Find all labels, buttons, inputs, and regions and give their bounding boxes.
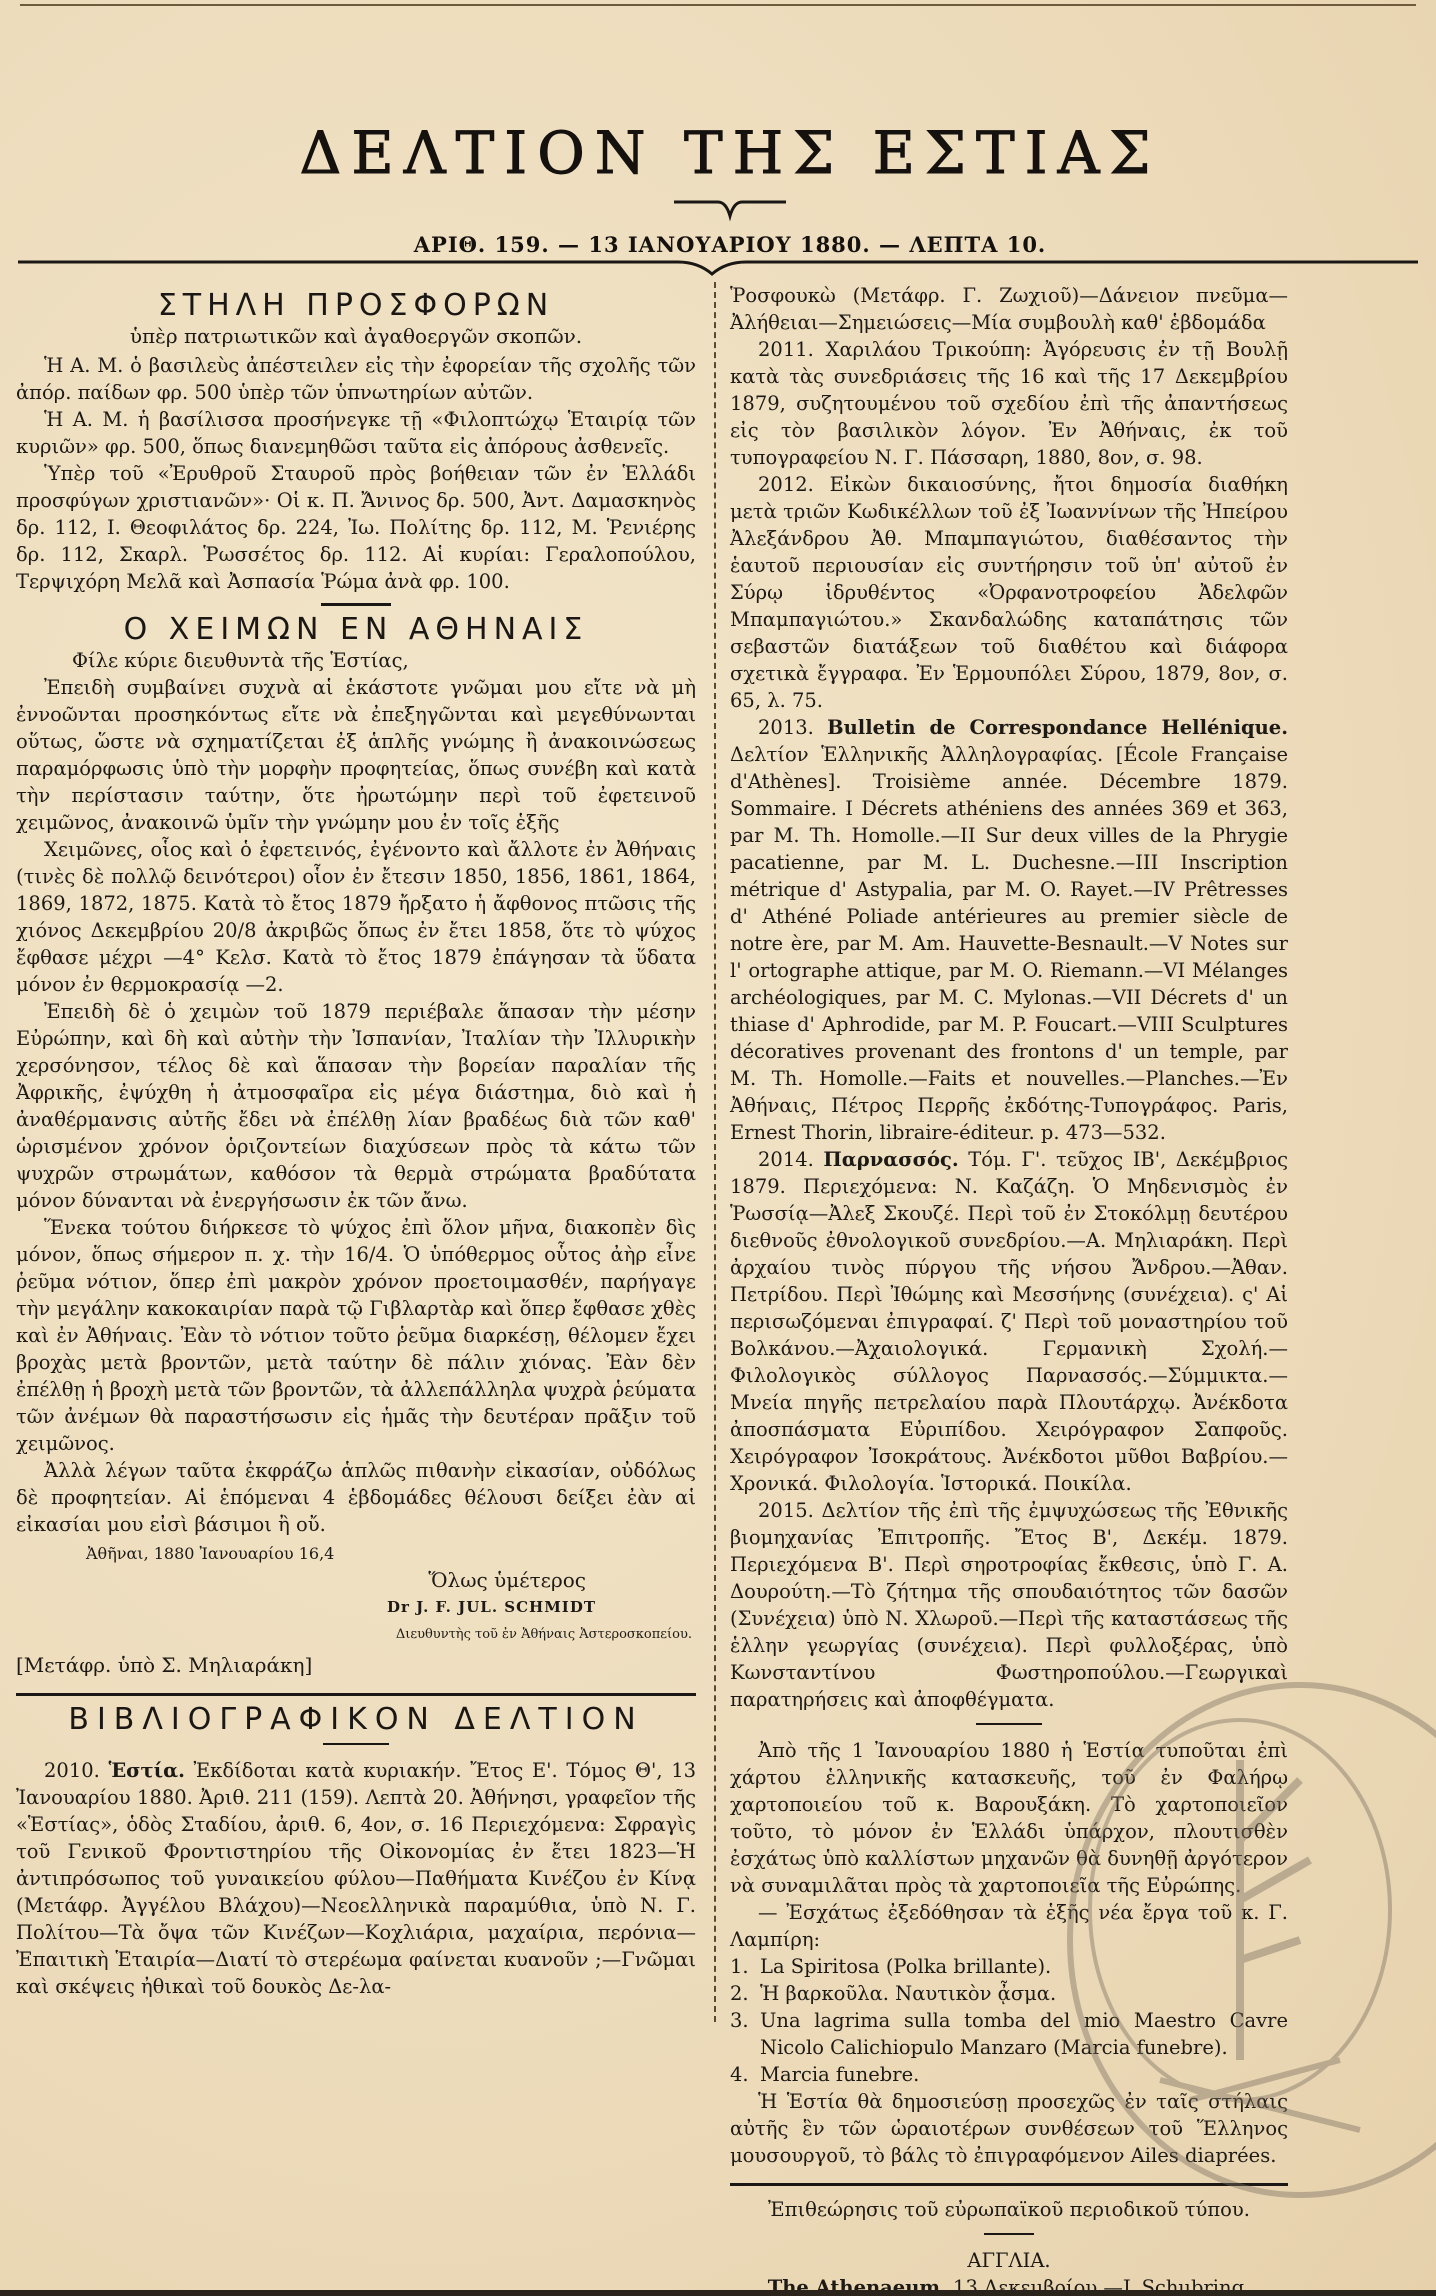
offers-section: ΣΤΗΛΗ ΠΡΟΣΦΟΡΩΝ ὑπὲρ πατριωτικῶν καὶ ἀγα…: [16, 292, 696, 595]
waltz-notice: Ἡ Ἑστία θὰ δημοσιεύσῃ προσεχῶς ἐν ταῖς σ…: [730, 2088, 1288, 2169]
entry-text: Δελτίον Ἑλληνικῆς Ἀλληλογραφίας. [École …: [730, 743, 1288, 1144]
entry-number: 2013.: [758, 716, 814, 739]
offers-paragraph: Ὑπὲρ τοῦ «Ἐρυθροῦ Σταυροῦ πρὸς βοήθειαν …: [16, 460, 696, 595]
bibliography-entry-2013: 2013. Bulletin de Correspondance Helléni…: [730, 714, 1288, 1146]
winter-paragraph: Ἕνεκα τούτου διήρκεσε τὸ ψύχος ἐπὶ ὅλον …: [16, 1214, 696, 1457]
bibliography-entry-2012: 2012. Εἰκὼν δικαιοσύνης, ἤτοι δημοσία δι…: [730, 471, 1288, 714]
paper-notice: Ἀπὸ τῆς 1 Ἰανουαρίου 1880 ἡ Ἑστία τυποῦτ…: [730, 1737, 1288, 1899]
masthead-title: ΔΕΛΤΙΟΝ ΤΗΣ ΕΣΤΙΑΣ: [150, 118, 1310, 188]
issue-line: ΑΡΙΘ. 159. — 13 ΙΑΝΟΥΑΡΙΟΥ 1880. — ΛΕΠΤΑ…: [150, 232, 1310, 257]
entry-head: Παρνασσός.: [823, 1148, 958, 1171]
right-column: Ῥοσφουκὼ (Μετάφρ. Γ. Ζωχιοῦ)—Δάνειον πνε…: [730, 282, 1288, 2296]
section-separator: [321, 603, 391, 606]
section-separator: [730, 2183, 1288, 2186]
press-review-section: Ἐπιθεώρησις τοῦ εὐρωπαϊκοῦ περιοδικοῦ τύ…: [730, 2196, 1288, 2296]
winter-title: Ο ΧΕΙΜΩΝ ΕΝ ΑΘΗΝΑΙΣ: [16, 616, 696, 643]
bottom-edge-rule: [0, 2290, 1436, 2296]
winter-article: Ο ΧΕΙΜΩΝ ΕΝ ΑΘΗΝΑΙΣ Φίλε κύριε διευθυντὰ…: [16, 616, 696, 1679]
title-underline: [984, 2233, 1034, 2235]
works-list-item: 1.La Spiritosa (Polka brillante).: [730, 1953, 1288, 1980]
entry-number: 2014.: [758, 1148, 814, 1171]
translator-credit: [Μετάφρ. ὑπὸ Σ. Μηλιαράκη]: [16, 1652, 696, 1679]
winter-paragraph: Ἀλλὰ λέγων ταῦτα ἐκφράζω ἁπλῶς πιθανὴν ε…: [16, 1457, 696, 1538]
winter-paragraph: Ἐπειδὴ δὲ ὁ χειμὼν τοῦ 1879 περιέβαλε ἅπ…: [16, 998, 696, 1214]
winter-paragraph: Χειμῶνες, οἷος καὶ ὁ ἐφετεινός, ἐγένοντο…: [16, 836, 696, 998]
letter-author-role: Διευθυντὴς τοῦ ἐν Ἀθήναις Ἀστεροσκοπείου…: [16, 1621, 696, 1648]
offers-title: ΣΤΗΛΗ ΠΡΟΣΦΟΡΩΝ: [16, 292, 696, 319]
title-underline: [323, 1743, 389, 1745]
left-column: ΣΤΗΛΗ ΠΡΟΣΦΟΡΩΝ ὑπὲρ πατριωτικῶν καὶ ἀγα…: [16, 282, 696, 2000]
letter-date: Ἀθῆναι, 1880 Ἰανουαρίου 16,4: [16, 1540, 696, 1567]
offers-paragraph: Ἡ Α. Μ. ἡ βασίλισσα προσήνεγκε τῇ «Φιλοπ…: [16, 406, 696, 460]
works-list-item: 3.Una lagrima sulla tomba del mio Maestr…: [730, 2007, 1288, 2061]
works-list-item: 2.Ἡ βαρκοῦλα. Ναυτικὸν ᾆσμα.: [730, 1980, 1288, 2007]
flourish-ornament-icon: [670, 194, 790, 224]
section-separator: [976, 1723, 1042, 1725]
bibliography-section: ΒΙΒΛΙΟΓΡΑΦΙΚΟΝ ΔΕΛΤΙΟΝ 2010. Ἑστία. Ἐκδί…: [16, 1706, 696, 2000]
press-review-title: Ἐπιθεώρησις τοῦ εὐρωπαϊκοῦ περιοδικοῦ τύ…: [730, 2196, 1288, 2223]
works-list-item: 4.Marcia funebre.: [730, 2061, 1288, 2088]
column-divider: [714, 282, 716, 2022]
entry-text: Τόμ. Γ'. τεῦχος ΙΒ', Δεκέμβριος 1879. Πε…: [730, 1148, 1288, 1495]
entry-head: Ἑστία.: [108, 1759, 184, 1782]
bibliography-entry-2015: 2015. Δελτίον τῆς ἐπὶ τῆς ἐμψυχώσεως τῆς…: [730, 1497, 1288, 1713]
bibliography-entry-2010: 2010. Ἑστία. Ἐκδίδοται κατὰ κυριακήν. Ἔτ…: [16, 1757, 696, 2000]
letter-signature: Dr J. F. JUL. SCHMIDT: [16, 1594, 696, 1621]
section-separator: [16, 1693, 696, 1696]
offers-subtitle: ὑπὲρ πατριωτικῶν καὶ ἀγαθοεργῶν σκοπῶν.: [16, 323, 696, 350]
entry-text: Ἐκδίδοται κατὰ κυριακήν. Ἔτος Ε'. Τόμος …: [16, 1759, 696, 1998]
entry-head: Bulletin de Correspondance Hellénique.: [827, 716, 1288, 739]
header-divider-rule: [18, 258, 1418, 278]
top-edge-rule: [20, 0, 1416, 6]
letter-closing: Ὅλως ὑμέτερος: [16, 1567, 696, 1594]
winter-salutation: Φίλε κύριε διευθυντὰ τῆς Ἑστίας,: [16, 647, 696, 674]
press-review-country: ΑΓΓΛΙΑ.: [730, 2247, 1288, 2274]
bibliography-entry-2011: 2011. Χαριλάου Τρικούπη: Ἀγόρευσις ἐν τῇ…: [730, 336, 1288, 471]
offers-paragraph: Ἡ Α. Μ. ὁ βασιλεὺς ἀπέστειλεν εἰς τὴν ἐφ…: [16, 352, 696, 406]
works-intro: — Ἐσχάτως ἐξεδόθησαν τὰ ἑξῆς νέα ἔργα το…: [730, 1899, 1288, 1953]
winter-paragraph: Ἐπειδὴ συμβαίνει συχνὰ αἱ ἑκάστοτε γνῶμα…: [16, 674, 696, 836]
bibliography-title: ΒΙΒΛΙΟΓΡΑΦΙΚΟΝ ΔΕΛΤΙΟΝ: [16, 1706, 696, 1733]
masthead: ΔΕΛΤΙΟΝ ΤΗΣ ΕΣΤΙΑΣ ΑΡΙΘ. 159. — 13 ΙΑΝΟΥ…: [150, 118, 1310, 257]
bibliography-entry-2010-continued: Ῥοσφουκὼ (Μετάφρ. Γ. Ζωχιοῦ)—Δάνειον πνε…: [730, 282, 1288, 336]
works-list: 1.La Spiritosa (Polka brillante). 2.Ἡ βα…: [730, 1953, 1288, 2088]
bibliography-entry-2014: 2014. Παρνασσός. Τόμ. Γ'. τεῦχος ΙΒ', Δε…: [730, 1146, 1288, 1497]
entry-number: 2010.: [44, 1759, 100, 1782]
newspaper-page: ΔΕΛΤΙΟΝ ΤΗΣ ΕΣΤΙΑΣ ΑΡΙΘ. 159. — 13 ΙΑΝΟΥ…: [0, 0, 1436, 2296]
